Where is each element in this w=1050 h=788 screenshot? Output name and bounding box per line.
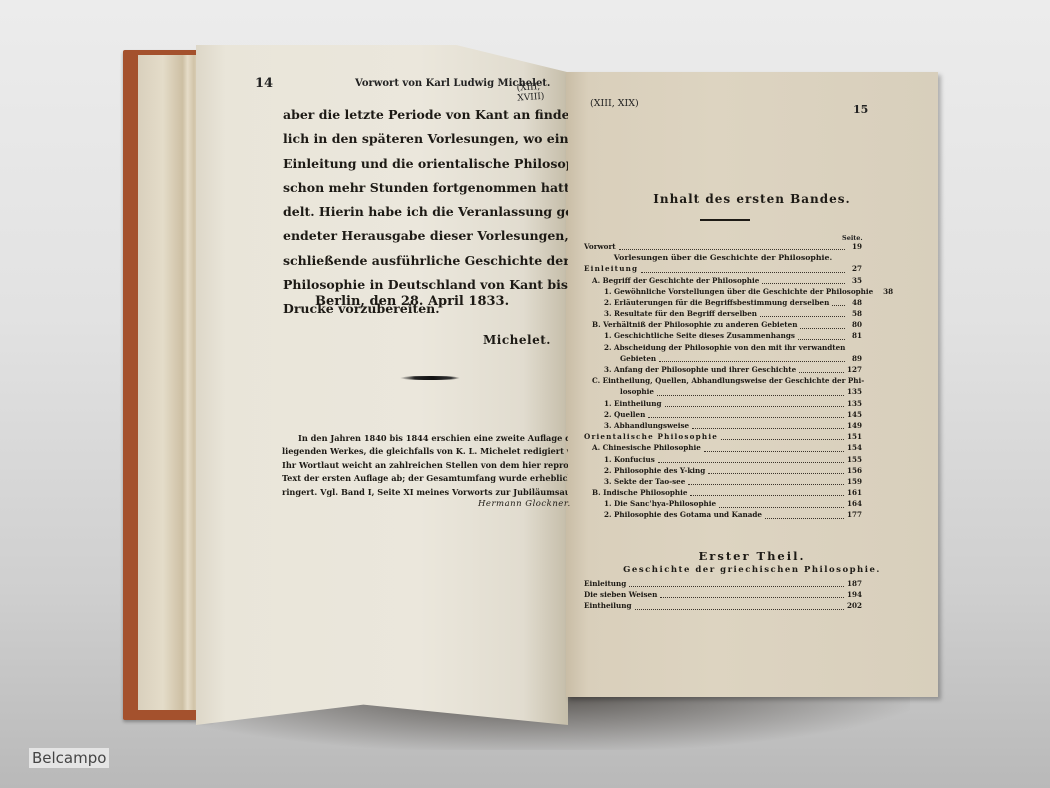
toc-entry-page: 135: [847, 398, 862, 409]
toc-leader-dots: [659, 352, 845, 362]
note-line: Ihr Wortlaut weicht an zahlreichen Stell…: [282, 459, 568, 472]
toc-entry-label: Eintheilung: [584, 600, 632, 611]
body-line: endeter Herausgabe dieser Vorlesungen, e…: [283, 224, 568, 248]
toc-entry: 2. Philosophie des Gotama und Kanade177: [584, 510, 862, 521]
toc-entry-label: Orientalische Philosophie: [584, 431, 718, 442]
part-subtitle: Geschichte der griechischen Philosophie.: [566, 565, 938, 575]
toc-entry-label: 3. Sekte der Tao-see: [584, 476, 685, 487]
toc-entry-label: 2. Philosophie des Y-king: [584, 465, 705, 476]
toc-leader-dots: [799, 363, 844, 373]
body-line: schließende ausführliche Geschichte der …: [283, 249, 568, 273]
toc-entry-label: 3. Anfang der Philosophie und ihrer Gesc…: [584, 364, 796, 375]
part-title: Erster Theil.: [566, 549, 938, 563]
table-of-contents: Vorwort19Vorlesungen über die Geschichte…: [584, 241, 862, 521]
toc-leader-dots: [648, 408, 844, 418]
toc-entry-page: 194: [847, 589, 862, 600]
toc-entry-label: 1. Geschichtliche Seite dieses Zusammenh…: [584, 330, 795, 341]
toc-leader-dots: [635, 600, 844, 610]
editor-note: In den Jahren 1840 bis 1844 erschien ein…: [282, 432, 568, 499]
toc-entry-page: 161: [847, 487, 862, 498]
author-signature: Michelet.: [483, 333, 551, 347]
toc-entry-page: 127: [847, 364, 862, 375]
toc-entry-page: 80: [848, 319, 862, 330]
toc-entry-label: A. Begriff der Geschichte der Philosophi…: [584, 275, 759, 286]
right-page-number: 15: [853, 103, 868, 116]
toc-entry-page: 35: [848, 275, 862, 286]
toc-entry-page: 149: [847, 420, 862, 431]
toc-entry-label: 1. Die Sanc'hya-Philosophie: [584, 498, 716, 509]
toc-entry-label: 2. Quellen: [584, 409, 645, 420]
toc-entry-page: 81: [848, 330, 862, 341]
toc-entry-page: 164: [847, 498, 862, 509]
toc-leader-dots: [704, 442, 844, 452]
toc-leader-dots: [721, 430, 844, 440]
toc-entry-page: 38: [879, 286, 893, 297]
toc-entry-label: Gebieten: [584, 353, 656, 364]
toc-leader-dots: [719, 498, 844, 508]
toc-divider: [700, 219, 750, 221]
toc-leader-dots: [798, 330, 845, 340]
toc-entry-page: 154: [847, 442, 862, 453]
left-roman-ref: (XIII, XVIII): [516, 80, 565, 103]
toc-leader-dots: [692, 419, 844, 429]
toc-leader-dots: [690, 486, 844, 496]
page-block-edges: [138, 55, 200, 710]
toc-entry-page: 48: [848, 297, 862, 308]
toc-entry-page: 58: [848, 308, 862, 319]
toc-entry: 1. Geschichtliche Seite dieses Zusammenh…: [584, 331, 862, 342]
toc-leader-dots: [619, 240, 845, 250]
date-line: Berlin, den 28. April 1833.: [315, 294, 509, 309]
toc-entry-label: 1. Konfucius: [584, 454, 655, 465]
toc-entry-page: 155: [847, 454, 862, 465]
toc-entry-label: 3. Resultate für den Begriff derselben: [584, 308, 757, 319]
toc-entry-page: 151: [847, 431, 862, 442]
note-line: ringert. Vgl. Band I, Seite XI meines Vo…: [282, 486, 568, 499]
note-line: Text der ersten Auflage ab; der Gesamtum…: [282, 472, 568, 485]
toc-leader-dots: [658, 453, 844, 463]
toc-entry-label: 1. Gewöhnliche Vorstellungen über die Ge…: [584, 286, 873, 297]
toc-entry-label: 3. Abhandlungsweise: [584, 420, 689, 431]
toc-entry-page: 187: [847, 578, 862, 589]
toc-entry-label: 2. Philosophie des Gotama und Kanade: [584, 509, 762, 520]
toc-entry-label: losophie: [584, 386, 654, 397]
toc-entry-page: 19: [848, 241, 862, 252]
rule-ornament-icon: [400, 376, 460, 380]
toc-leader-dots: [760, 307, 845, 317]
note-line: liegenden Werkes, die gleichfalls von K.…: [282, 445, 568, 458]
toc-leader-dots: [762, 274, 845, 284]
body-line: aber die letzte Periode von Kant an find…: [283, 103, 568, 127]
toc-entry: Vorwort19: [584, 241, 862, 252]
left-page-header: 14 Vorwort von Karl Ludwig Michelet. (XI…: [255, 76, 565, 96]
body-line: delt. Hierin habe ich die Veranlassung g…: [283, 200, 568, 224]
preface-body: aber die letzte Periode von Kant an find…: [283, 103, 568, 322]
body-line: Einleitung und die orientalische Philoso…: [283, 152, 568, 176]
toc-entry: 1. Gewöhnliche Vorstellungen über die Ge…: [584, 286, 862, 297]
toc-entry-page: 177: [847, 509, 862, 520]
toc-entry-page: 27: [848, 263, 862, 274]
body-line: lich in den späteren Vorlesungen, wo ein…: [283, 127, 568, 151]
toc-entry-page: 135: [847, 386, 862, 397]
toc-entry: A. Begriff der Geschichte der Philosophi…: [584, 275, 862, 286]
toc-entry-label: B. Indische Philosophie: [584, 487, 687, 498]
toc-leader-dots: [708, 464, 844, 474]
toc-entry-page: 156: [847, 465, 862, 476]
right-roman-ref: (XIII, XIX): [590, 98, 639, 109]
toc-leader-dots: [688, 475, 844, 485]
toc-entry-label: Einleitung: [584, 263, 638, 274]
toc-entry-page: 159: [847, 476, 862, 487]
toc-entry-page: 202: [847, 600, 862, 611]
left-page-number: 14: [255, 76, 273, 91]
toc-leader-dots: [800, 319, 845, 329]
toc-entry: 3. Anfang der Philosophie und ihrer Gesc…: [584, 364, 862, 375]
toc-title: Inhalt des ersten Bandes.: [566, 192, 938, 206]
toc-leader-dots: [657, 386, 844, 396]
body-line: schon mehr Stunden fortgenommen hatten, …: [283, 176, 568, 200]
toc-entry-label: B. Verhältniß der Philosophie zu anderen…: [584, 319, 797, 330]
toc-leader-dots: [660, 588, 844, 598]
toc-leader-dots: [641, 263, 845, 273]
toc-entry-label: Einleitung: [584, 578, 626, 589]
toc-leader-dots: [665, 397, 844, 407]
watermark-label: Belcampo: [29, 748, 109, 768]
table-of-contents-part1: Einleitung187Die sieben Weisen194Einthei…: [584, 578, 862, 612]
editor-signature: Hermann Glockner.: [478, 499, 571, 509]
toc-leader-dots: [832, 296, 845, 306]
toc-entry-page: 145: [847, 409, 862, 420]
note-line: In den Jahren 1840 bis 1844 erschien ein…: [282, 432, 568, 445]
toc-leader-dots: [629, 577, 844, 587]
toc-entry-page: 89: [848, 353, 862, 364]
toc-leader-dots: [765, 509, 844, 519]
toc-entry-label: Vorwort: [584, 241, 616, 252]
toc-entry: Eintheilung202: [584, 600, 862, 611]
